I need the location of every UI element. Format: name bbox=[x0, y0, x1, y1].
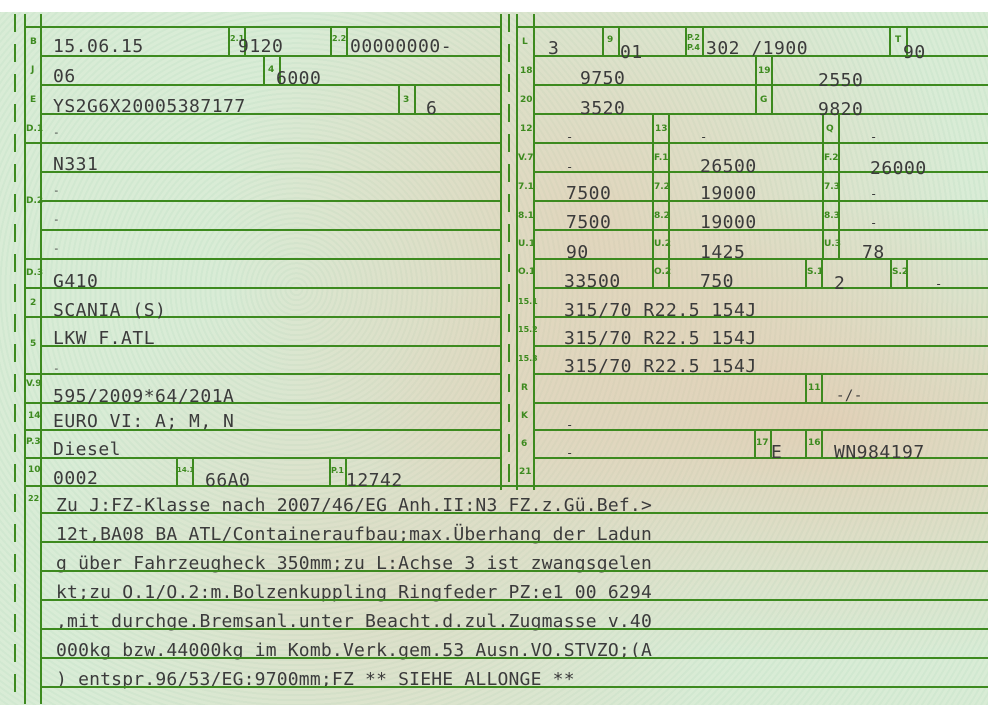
field-D1: - bbox=[53, 124, 60, 142]
label-O1: O.1 bbox=[518, 268, 535, 277]
field-11: -/- bbox=[836, 387, 863, 405]
field-5-line-1: LKW F.ATL bbox=[53, 330, 155, 348]
box-line bbox=[755, 57, 757, 114]
label-3: 3 bbox=[403, 96, 409, 105]
field-U1: 90 bbox=[566, 244, 589, 262]
label-11: 11 bbox=[808, 384, 821, 393]
field-3: 6 bbox=[426, 100, 437, 118]
field-J: 06 bbox=[53, 68, 76, 86]
middle-divider-a bbox=[500, 14, 502, 490]
label-F2: F.2 bbox=[824, 154, 839, 163]
row-line bbox=[535, 429, 988, 431]
label-U3: U.3 bbox=[824, 240, 841, 249]
label-E: E bbox=[30, 96, 36, 105]
label-12: 12 bbox=[520, 125, 533, 134]
label-18: 18 bbox=[520, 67, 533, 76]
field-6: - bbox=[566, 444, 574, 462]
label-5: 5 bbox=[30, 340, 36, 349]
field-D2-line-1: - bbox=[53, 182, 60, 200]
label-B: B bbox=[30, 38, 37, 47]
field-2-1: 9120 bbox=[238, 38, 283, 56]
field-13: - bbox=[700, 128, 708, 146]
row-line bbox=[42, 570, 988, 572]
label-U1: U.1 bbox=[518, 240, 535, 249]
box-line bbox=[805, 431, 807, 458]
label-8-3: 8.3 bbox=[824, 212, 840, 221]
label-16: 16 bbox=[808, 439, 821, 448]
field-S2: - bbox=[935, 275, 943, 293]
label-V9: V.9 bbox=[26, 380, 42, 389]
field-9: 01 bbox=[620, 44, 643, 62]
box-line bbox=[263, 57, 265, 85]
field-S1: 2 bbox=[834, 275, 845, 293]
label-R: R bbox=[521, 384, 528, 393]
row-line bbox=[42, 686, 988, 688]
row-line bbox=[42, 599, 988, 601]
left-edge-dashes bbox=[14, 14, 16, 704]
field-P2-P4-power: 302 /1900 bbox=[706, 40, 808, 58]
label-F1: F.1 bbox=[654, 154, 669, 163]
box-line bbox=[821, 375, 823, 403]
box-line bbox=[889, 28, 891, 56]
label-21: 21 bbox=[519, 468, 532, 477]
field-K: - bbox=[566, 416, 574, 434]
label-P4: P.4 bbox=[687, 43, 700, 52]
field-O2: 750 bbox=[700, 273, 734, 291]
label-2: 2 bbox=[30, 299, 36, 308]
field-7-3: - bbox=[870, 185, 878, 203]
label-8-1: 8.1 bbox=[518, 212, 534, 221]
field-14-1: 66A0 bbox=[205, 472, 250, 490]
label-15-1: 15.1 bbox=[518, 297, 538, 306]
row-line bbox=[535, 258, 988, 260]
field-D2-line-2: - bbox=[53, 211, 60, 229]
field-D1-variant: N331 bbox=[53, 156, 98, 174]
label-D2: D.2 bbox=[26, 197, 43, 206]
row-line bbox=[24, 373, 500, 375]
field-B-first-registration: 15.06.15 bbox=[53, 38, 144, 56]
label-7-2: 7.2 bbox=[654, 183, 670, 192]
field-V7: - bbox=[566, 158, 574, 176]
label-9: 9 bbox=[607, 36, 613, 45]
box-line bbox=[414, 86, 416, 114]
box-line bbox=[821, 431, 823, 458]
label-7-3: 7.3 bbox=[824, 183, 840, 192]
label-K: K bbox=[521, 412, 528, 421]
label-8-2: 8.2 bbox=[654, 212, 670, 221]
field-L-axles: 3 bbox=[548, 40, 559, 58]
row-line bbox=[42, 657, 988, 659]
field-10: 0002 bbox=[53, 470, 98, 488]
label-T: T bbox=[895, 36, 901, 45]
box-line bbox=[771, 57, 773, 114]
field-15-3-tyres: 315/70 R22.5 154J bbox=[564, 358, 757, 376]
row-line bbox=[24, 258, 500, 260]
label-Q: Q bbox=[826, 125, 834, 134]
left-border bbox=[24, 14, 26, 704]
field-8-2: 19000 bbox=[700, 214, 757, 232]
label-19: 19 bbox=[758, 67, 771, 76]
label-17: 17 bbox=[756, 439, 769, 448]
label-J: J bbox=[31, 66, 34, 75]
field-12: - bbox=[566, 128, 574, 146]
field-14-emission-class: EURO VI: A; M, N bbox=[53, 413, 234, 431]
field-2-2: 00000000- bbox=[350, 38, 452, 56]
label-V7: V.7 bbox=[518, 154, 534, 163]
field-7-2: 19000 bbox=[700, 185, 757, 203]
label-D1: D.1 bbox=[26, 125, 43, 134]
field-18: 9750 bbox=[580, 70, 625, 88]
box-line bbox=[702, 28, 704, 56]
field-P1-displacement: 12742 bbox=[346, 472, 403, 490]
field-V9: 595/2009*64/201A bbox=[53, 388, 234, 406]
row-line bbox=[42, 628, 988, 630]
row-line bbox=[535, 142, 988, 144]
field-17: E bbox=[771, 444, 782, 462]
box-line bbox=[805, 375, 807, 403]
field-D2-line-3: - bbox=[53, 240, 60, 258]
top-line-right bbox=[516, 26, 988, 28]
field-Q: - bbox=[870, 128, 878, 146]
label-4: 4 bbox=[268, 66, 274, 75]
box-line bbox=[398, 86, 400, 114]
top-line-left bbox=[24, 26, 500, 28]
label-22: 22 bbox=[28, 494, 39, 503]
field-E-vin: YS2G6X20005387177 bbox=[53, 98, 246, 116]
label-P2: P.2 bbox=[687, 33, 700, 42]
field-19: 2550 bbox=[818, 72, 863, 90]
box-line bbox=[346, 28, 348, 56]
row-line bbox=[42, 84, 500, 86]
label-G: G bbox=[760, 96, 767, 105]
label-10: 10 bbox=[28, 466, 41, 475]
field-4: 6000 bbox=[276, 70, 321, 88]
field-20: 3520 bbox=[580, 100, 625, 118]
box-line bbox=[602, 28, 604, 56]
row-line bbox=[42, 512, 988, 514]
field-F2: 26000 bbox=[870, 160, 927, 178]
row-line bbox=[42, 229, 500, 231]
label-7-1: 7.1 bbox=[518, 183, 534, 192]
middle-divider-dashes bbox=[508, 14, 510, 490]
field-7-1: 7500 bbox=[566, 185, 611, 203]
label-O2: O.2 bbox=[654, 268, 671, 277]
label-L: L bbox=[522, 38, 528, 47]
middle-divider-b bbox=[516, 14, 518, 490]
row-line bbox=[24, 485, 988, 487]
field-15-1-tyres: 315/70 R22.5 154J bbox=[564, 302, 757, 320]
label-15-3: 15.3 bbox=[518, 354, 538, 363]
row-line bbox=[42, 200, 500, 202]
label-13: 13 bbox=[655, 125, 668, 134]
field-P3-fuel: Diesel bbox=[53, 441, 121, 459]
label-15-2: 15.2 bbox=[518, 325, 538, 334]
row-line bbox=[24, 142, 500, 144]
field-15-2-tyres: 315/70 R22.5 154J bbox=[564, 330, 757, 348]
row-line bbox=[42, 171, 500, 173]
field-16: WN984197 bbox=[834, 444, 925, 462]
label-6: 6 bbox=[521, 440, 527, 449]
field-8-3: - bbox=[870, 214, 878, 232]
label-14-1: 14.1 bbox=[177, 466, 194, 475]
label-U2: U.2 bbox=[654, 240, 671, 249]
field-5-line-2: - bbox=[53, 360, 60, 378]
label-P3: P.3 bbox=[26, 438, 41, 447]
field-F1: 26500 bbox=[700, 158, 757, 176]
label-2-2: 2.2 bbox=[332, 34, 346, 43]
label-S1: S.1 bbox=[807, 268, 823, 277]
label-S2: S.2 bbox=[892, 268, 908, 277]
field-8-1: 7500 bbox=[566, 214, 611, 232]
field-U2: 1425 bbox=[700, 244, 745, 262]
field-U3: 78 bbox=[862, 244, 885, 262]
row-line bbox=[42, 541, 988, 543]
field-G-mass: 9820 bbox=[818, 101, 863, 119]
label-D3: D.3 bbox=[26, 269, 43, 278]
field-D3: G410 bbox=[53, 273, 98, 291]
label-14: 14 bbox=[28, 412, 41, 421]
field-T-speed: 90 bbox=[903, 44, 926, 62]
label-20: 20 bbox=[520, 96, 533, 105]
row-line bbox=[535, 402, 988, 404]
field-2-manufacturer: SCANIA (S) bbox=[53, 302, 166, 320]
label-P1: P.1 bbox=[331, 466, 344, 475]
field-O1: 33500 bbox=[564, 273, 621, 291]
